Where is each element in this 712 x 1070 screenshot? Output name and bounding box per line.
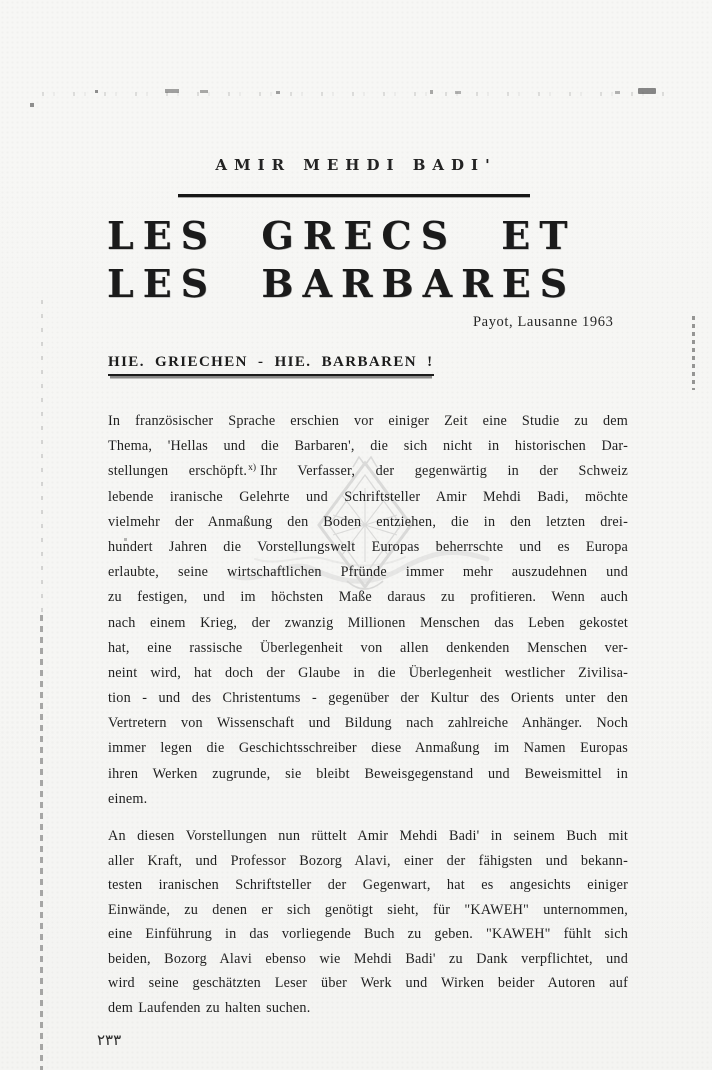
text-line: vielmehr der Anmaßung den Boden entziehe… — [108, 510, 628, 535]
text-line: In französischer Sprache erschien vor ei… — [108, 409, 628, 434]
text-line: einem. — [108, 787, 628, 812]
text-line: eine Einführung in das vorliegende Buch … — [108, 922, 628, 947]
text-line: stellungen erschöpft.x)Ihr Verfasser, de… — [108, 459, 628, 484]
text-line: tion - und des Christentums - gegenüber … — [108, 686, 628, 711]
text-line: zu festigen, und im höchsten Maße daraus… — [108, 585, 628, 610]
document-page: AMIR MEHDI BADI' LES GRECS ET LES BARBAR… — [0, 0, 712, 1070]
text-line: neint wird, hat doch der Glaube in die Ü… — [108, 661, 628, 686]
scan-speck — [430, 90, 433, 94]
text-line: testen iranischen Schriftsteller der Geg… — [108, 873, 628, 898]
text-line: Einwände, zu denen er sich genötigt sieh… — [108, 898, 628, 923]
text-line: nach einem Krieg, der zwanzig Millionen … — [108, 611, 628, 636]
text-line: Thema, 'Hellas und die Barbaren', die si… — [108, 434, 628, 459]
text-line: immer legen die Geschichtsschreiber dies… — [108, 736, 628, 761]
scan-speck — [276, 91, 280, 94]
text-line: beiden, Bozorg Alavi ebenso wie Mehdi Ba… — [108, 947, 628, 972]
imprint-line: Payot, Lausanne 1963 — [473, 314, 613, 331]
text-line: ihren Werken zugrunde, sie bleibt Beweis… — [108, 762, 628, 787]
text-line: lebende iranische Gelehrte und Schriftst… — [108, 485, 628, 510]
scan-speck — [638, 88, 656, 94]
text-line: dem Laufenden zu halten suchen. — [108, 996, 628, 1021]
scan-speck — [200, 90, 208, 93]
book-title-line-2: LES BARBARES — [107, 260, 577, 308]
section-heading: HIE. GRIECHEN - HIE. BARBAREN ! — [108, 354, 434, 376]
title-divider-rule — [178, 194, 530, 197]
text-line: wird seine geschätzten Leser über Werk u… — [108, 971, 628, 996]
scan-speck — [455, 91, 461, 94]
footnote-marker: x) — [248, 463, 256, 473]
scan-speck — [165, 89, 179, 93]
scan-speck — [30, 103, 34, 107]
text-line: An diesen Vorstellungen nun rüttelt Amir… — [108, 824, 628, 849]
page-number: ۲۳۳ — [97, 1031, 121, 1049]
text-line: hundert Jahren die Vorstellungswelt Euro… — [108, 535, 628, 560]
scan-speck — [615, 91, 620, 94]
book-title: LES GRECS ET LES BARBARES — [107, 212, 577, 308]
scan-dash-right-edge — [692, 316, 695, 390]
text-line: hat, eine rassische Überlegenheit von al… — [108, 636, 628, 661]
paragraph-2: An diesen Vorstellungen nun rüttelt Amir… — [108, 824, 628, 1020]
scan-speck — [95, 90, 98, 93]
book-title-line-1: LES GRECS ET — [107, 212, 577, 260]
scan-dash-left-edge-lower — [40, 615, 43, 1070]
scan-noise-line — [42, 92, 670, 96]
author-name: AMIR MEHDI BADI' — [0, 156, 712, 174]
text-line: Vertretern von Wissenschaft und Bildung … — [108, 711, 628, 736]
scan-dash-left-edge-upper — [41, 300, 43, 615]
text-line: erlaubte, seine wirtschaftlichen Pfründe… — [108, 560, 628, 585]
paragraph-1: In französischer Sprache erschien vor ei… — [108, 409, 628, 812]
text-line: aller Kraft, und Professor Bozorg Alavi,… — [108, 849, 628, 874]
